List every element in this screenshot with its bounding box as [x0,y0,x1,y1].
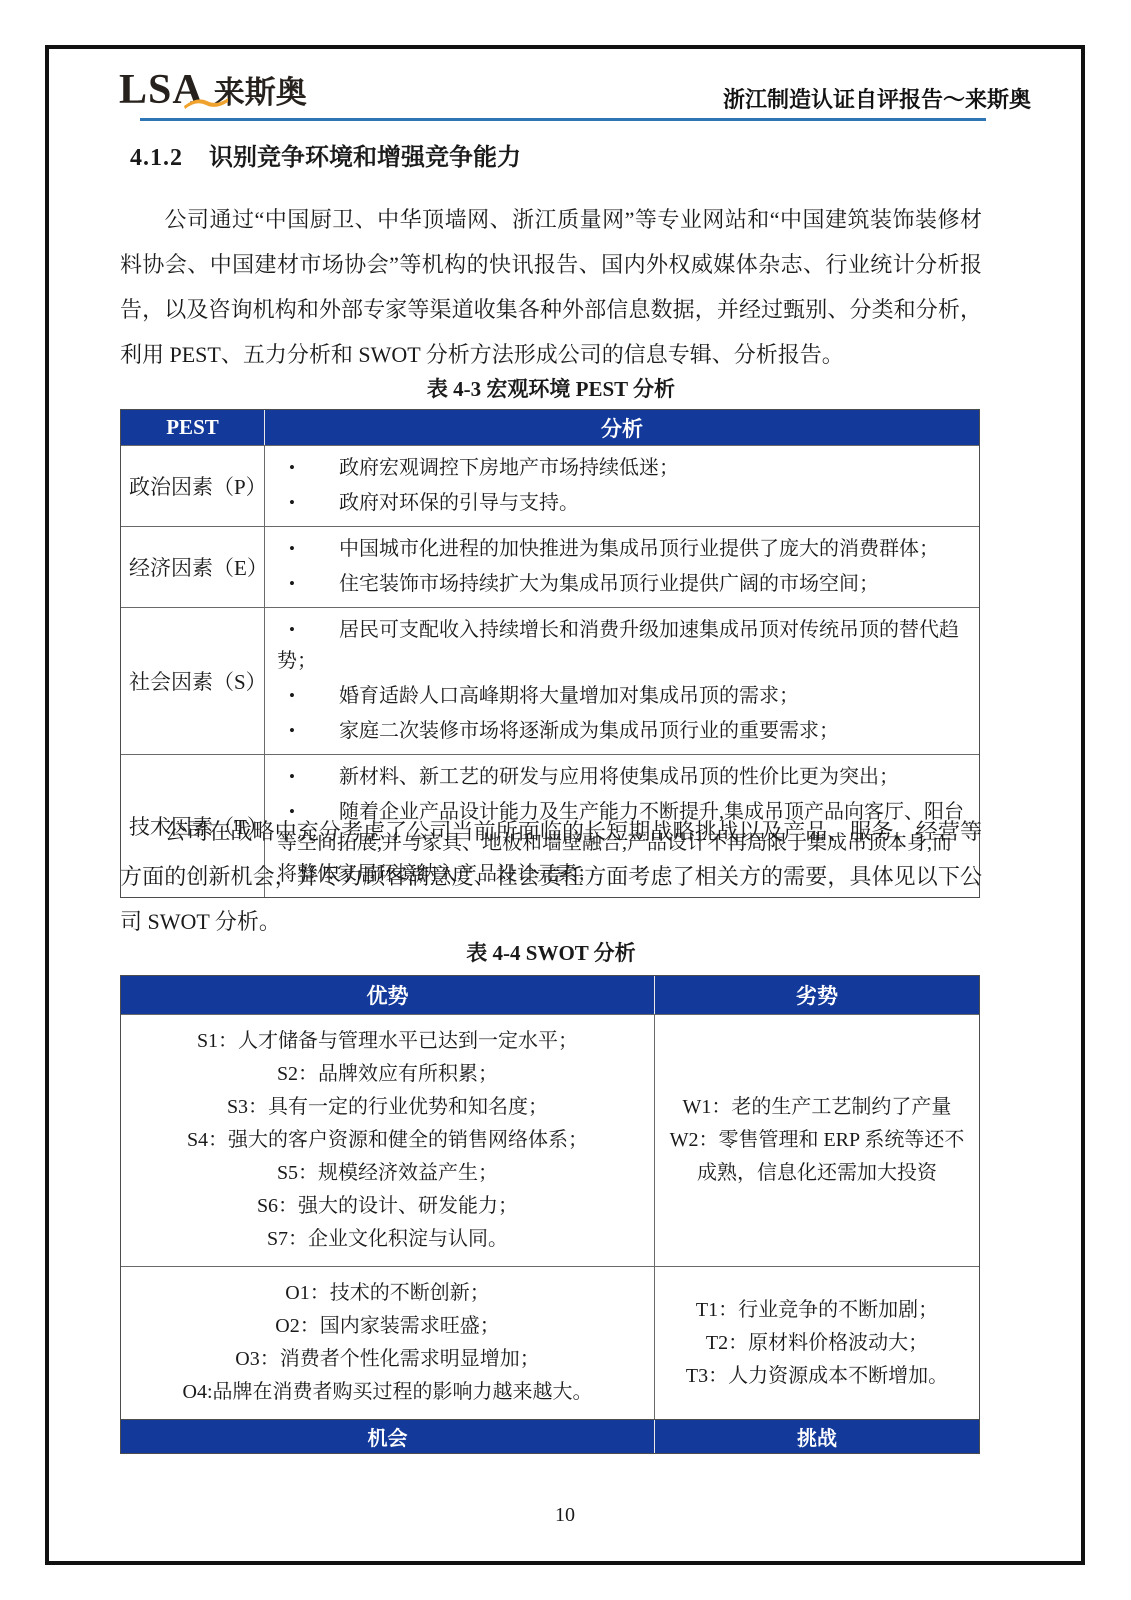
list-item: O2：国内家装需求旺盛； [135,1310,640,1343]
bullet-item: 住宅装饰市场持续扩大为集成吊顶行业提供广阔的市场空间； [277,567,971,602]
list-item: T3：人力资源成本不断增加。 [669,1360,965,1393]
page-header: LSA 来斯奥 浙江制造认证自评报告～来斯奥 [115,61,1015,121]
paragraph-1: 公司通过“中国厨卫、中华顶墙网、浙江质量网”等专业网站和“中国建筑装饰装修材料协… [120,197,982,377]
list-item: S5：规模经济效益产生； [135,1157,640,1190]
swot-header-strengths: 优势 [121,976,655,1014]
weaknesses-cell: W1：老的生产工艺制约了产量W2：零售管理和 ERP 系统等还不成熟，信息化还需… [655,1015,979,1266]
list-item: O1：技术的不断创新； [135,1277,640,1310]
list-item: W2：零售管理和 ERP 系统等还不成熟，信息化还需加大投资 [669,1124,965,1190]
swot-row-ot: O1：技术的不断创新；O2：国内家装需求旺盛；O3：消费者个性化需求明显增加；O… [121,1266,979,1419]
paragraph-1-text: 公司通过“中国厨卫、中华顶墙网、浙江质量网”等专业网站和“中国建筑装饰装修材料协… [120,207,982,367]
strengths-cell: S1：人才储备与管理水平已达到一定水平；S2：品牌效应有所积累；S3：具有一定的… [121,1015,655,1266]
bullet-item: 新材料、新工艺的研发与应用将使集成吊顶的性价比更为突出； [277,760,971,795]
list-item: S3：具有一定的行业优势和知名度； [135,1091,640,1124]
list-item: S1：人才储备与管理水平已达到一定水平； [135,1025,640,1058]
logo-swoosh-icon [183,94,229,110]
table-row-social: 社会因素（S） 居民可支配收入持续增长和消费升级加速集成吊顶对传统吊顶的替代趋势… [121,607,979,754]
pest-table-header-row: PEST 分析 [121,410,979,445]
bullet-item: 居民可支配收入持续增长和消费升级加速集成吊顶对传统吊顶的替代趋势； [277,613,971,679]
report-title: 浙江制造认证自评报告～来斯奥 [723,83,1031,114]
list-item: S6：强大的设计、研发能力； [135,1190,640,1223]
bullet-item: 政府宏观调控下房地产市场持续低迷； [277,451,971,486]
list-item: S4：强大的客户资源和健全的销售网络体系； [135,1124,640,1157]
table-row-political: 政治因素（P） 政府宏观调控下房地产市场持续低迷；政府对环保的引导与支持。 [121,445,979,526]
list-item: T1：行业竞争的不断加剧； [669,1294,965,1327]
list-item: O4:品牌在消费者购买过程的影响力越来越大。 [135,1376,640,1409]
document-page: { "colors": { "table_header_bg": "#13399… [0,0,1131,1600]
pest-header-col1: PEST [121,410,265,445]
swot-row-sw: S1：人才储备与管理水平已达到一定水平；S2：品牌效应有所积累；S3：具有一定的… [121,1014,979,1266]
company-logo: LSA 来斯奥 [119,67,307,112]
swot-table: 优势 劣势 S1：人才储备与管理水平已达到一定水平；S2：品牌效应有所积累；S3… [120,975,980,1454]
swot-footer-threats: 挑战 [655,1420,979,1453]
pest-factor-label: 政治因素（P） [121,446,265,526]
page-frame: LSA 来斯奥 浙江制造认证自评报告～来斯奥 4.1.2识别竞争环境和增强竞争能… [45,45,1085,1565]
pest-factor-label: 经济因素（E） [121,527,265,607]
list-item: W1：老的生产工艺制约了产量 [669,1091,965,1124]
swot-header-row: 优势 劣势 [121,976,979,1014]
bullet-item: 婚育适龄人口高峰期将大量增加对集成吊顶的需求； [277,679,971,714]
swot-footer-opportunities: 机会 [121,1420,655,1453]
bullet-item: 中国城市化进程的加快推进为集成吊顶行业提供了庞大的消费群体； [277,532,971,567]
swot-table-caption: 表 4-4 SWOT 分析 [120,937,982,967]
table-row-economic: 经济因素（E） 中国城市化进程的加快推进为集成吊顶行业提供了庞大的消费群体；住宅… [121,526,979,607]
list-item: T2：原材料价格波动大； [669,1327,965,1360]
bullet-item: 家庭二次装修市场将逐渐成为集成吊顶行业的重要需求； [277,714,971,749]
bullet-item: 政府对环保的引导与支持。 [277,486,971,521]
pest-factor-items: 政府宏观调控下房地产市场持续低迷；政府对环保的引导与支持。 [265,446,979,526]
swot-footer-row: 机会 挑战 [121,1419,979,1453]
page-number: 10 [49,1504,1081,1527]
section-heading: 4.1.2识别竞争环境和增强竞争能力 [130,137,521,172]
swot-header-weaknesses: 劣势 [655,976,979,1014]
section-number: 4.1.2 [130,145,183,171]
opportunities-cell: O1：技术的不断创新；O2：国内家装需求旺盛；O3：消费者个性化需求明显增加；O… [121,1267,655,1419]
header-rule [140,118,986,121]
section-title: 识别竞争环境和增强竞争能力 [209,145,521,171]
paragraph-2-text: 公司在战略中充分考虑了公司当前所面临的长短期战略挑战以及产品、服务、经营等方面的… [120,819,982,934]
list-item: S7：企业文化积淀与认同。 [135,1223,640,1256]
pest-table-caption: 表 4-3 宏观环境 PEST 分析 [120,373,982,403]
pest-header-col2: 分析 [265,410,979,445]
pest-factor-label: 社会因素（S） [121,608,265,754]
list-item: O3：消费者个性化需求明显增加； [135,1343,640,1376]
paragraph-2: 公司在战略中充分考虑了公司当前所面临的长短期战略挑战以及产品、服务、经营等方面的… [120,809,982,944]
list-item: S2：品牌效应有所积累； [135,1058,640,1091]
pest-factor-items: 中国城市化进程的加快推进为集成吊顶行业提供了庞大的消费群体；住宅装饰市场持续扩大… [265,527,979,607]
threats-cell: T1：行业竞争的不断加剧；T2：原材料价格波动大；T3：人力资源成本不断增加。 [655,1267,979,1419]
pest-factor-items: 居民可支配收入持续增长和消费升级加速集成吊顶对传统吊顶的替代趋势；婚育适龄人口高… [265,608,979,754]
